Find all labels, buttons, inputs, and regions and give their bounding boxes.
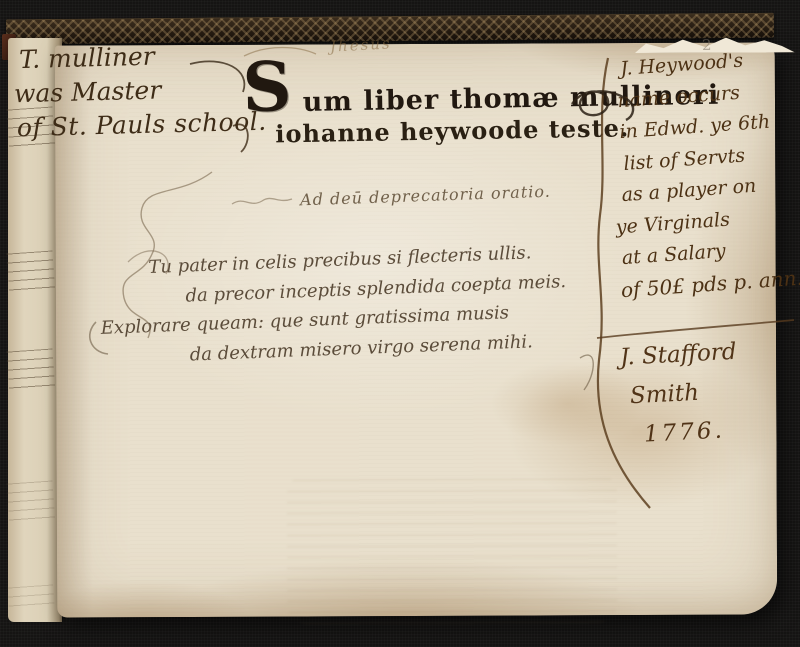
photograph-background: T. mulliner was Master of St. Pauls scho…: [0, 0, 800, 647]
music-staff-lines: [7, 584, 55, 613]
music-staff-lines: [7, 348, 56, 395]
music-staff-lines: [7, 250, 56, 297]
music-staff-lines: [7, 480, 56, 527]
tooled-binding-edge: [6, 13, 774, 45]
music-staff-lines: [7, 106, 56, 153]
previous-leaf-edge: [8, 38, 62, 622]
manuscript-page: [55, 42, 777, 617]
